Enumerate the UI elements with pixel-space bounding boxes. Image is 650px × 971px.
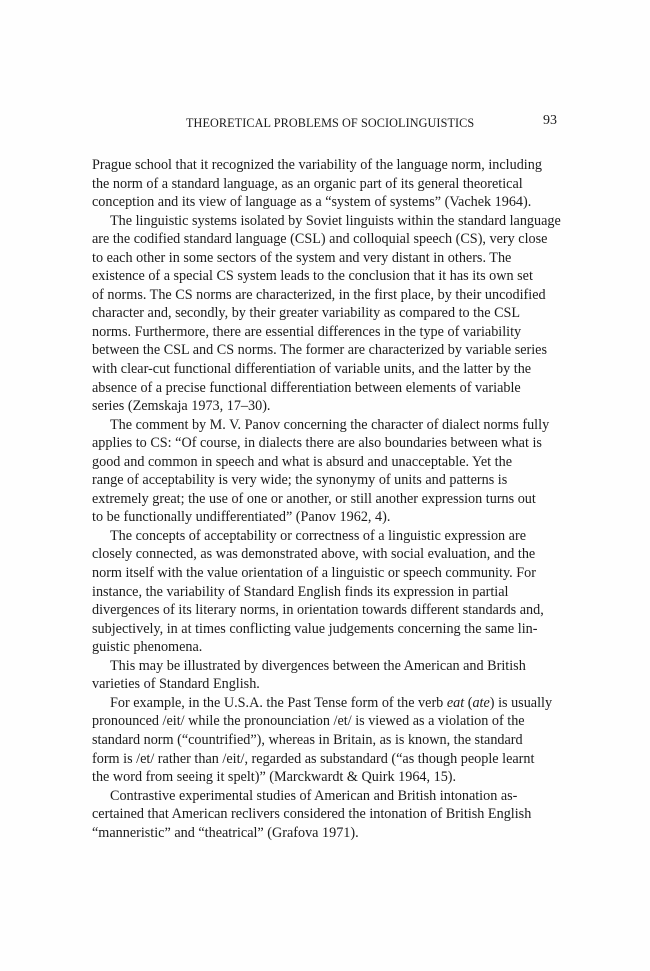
text-line: pronounced /eit/ while the pronounciatio… bbox=[92, 712, 564, 731]
text-line: applies to CS: “Of course, in dialects t… bbox=[92, 434, 564, 453]
text-line: range of acceptability is very wide; the… bbox=[92, 471, 564, 490]
text-line: norms. Furthermore, there are essential … bbox=[92, 323, 564, 342]
text-line: character and, secondly, by their greate… bbox=[92, 304, 564, 323]
text-line: divergences of its literary norms, in or… bbox=[92, 601, 564, 620]
text-line: of norms. The CS norms are characterized… bbox=[92, 286, 564, 305]
text-line: The comment by M. V. Panov concerning th… bbox=[92, 416, 564, 435]
text-line: This may be illustrated by divergences b… bbox=[92, 657, 564, 676]
text-line: subjectively, in at times conflicting va… bbox=[92, 620, 564, 639]
italic-term-ate: ate bbox=[472, 695, 489, 711]
page-number: 93 bbox=[543, 113, 557, 129]
text-line: closely connected, as was demonstrated a… bbox=[92, 545, 564, 564]
text-line: series (Zemskaja 1973, 17–30). bbox=[92, 397, 564, 416]
text-line: norm itself with the value orientation o… bbox=[92, 564, 564, 583]
text-line: For example, in the U.S.A. the Past Tens… bbox=[92, 694, 564, 713]
body-text: Prague school that it recognized the var… bbox=[92, 156, 564, 842]
text-line: certained that American reclivers consid… bbox=[92, 805, 564, 824]
text-line: absence of a precise functional differen… bbox=[92, 379, 564, 398]
paragraph-prague-school: Prague school that it recognized the var… bbox=[92, 156, 564, 212]
text-line: guistic phenomena. bbox=[92, 638, 564, 657]
text-line: Prague school that it recognized the var… bbox=[92, 156, 564, 175]
paragraph-example-eat: For example, in the U.S.A. the Past Tens… bbox=[92, 694, 564, 787]
text-line: between the CSL and CS norms. The former… bbox=[92, 341, 564, 360]
text-line: existence of a special CS system leads t… bbox=[92, 267, 564, 286]
text-line: the word from seeing it spelt)” (Marckwa… bbox=[92, 768, 564, 787]
text-line: are the codified standard language (CSL)… bbox=[92, 230, 564, 249]
text-line: the norm of a standard language, as an o… bbox=[92, 175, 564, 194]
text-line: Contrastive experimental studies of Amer… bbox=[92, 787, 564, 806]
text-line: form is /et/ rather than /eit/, regarded… bbox=[92, 750, 564, 769]
text-segment: ) is usually bbox=[490, 695, 552, 711]
text-line: The concepts of acceptability or correct… bbox=[92, 527, 564, 546]
text-line: instance, the variability of Standard En… bbox=[92, 583, 564, 602]
paragraph-intonation-studies: Contrastive experimental studies of Amer… bbox=[92, 787, 564, 843]
text-line: standard norm (“countrified”), whereas i… bbox=[92, 731, 564, 750]
running-head-title: THEORETICAL PROBLEMS OF SOCIOLINGUISTICS bbox=[186, 116, 474, 131]
italic-term-eat: eat bbox=[447, 695, 464, 711]
paragraph-divergences: This may be illustrated by divergences b… bbox=[92, 657, 564, 694]
text-line: to each other in some sectors of the sys… bbox=[92, 249, 564, 268]
text-line: with clear-cut functional differentiatio… bbox=[92, 360, 564, 379]
text-line: varieties of Standard English. bbox=[92, 675, 564, 694]
document-page: THEORETICAL PROBLEMS OF SOCIOLINGUISTICS… bbox=[0, 0, 650, 971]
text-line: good and common in speech and what is ab… bbox=[92, 453, 564, 472]
paragraph-acceptability: The concepts of acceptability or correct… bbox=[92, 527, 564, 657]
text-segment: For example, in the U.S.A. the Past Tens… bbox=[110, 695, 447, 711]
text-line: extremely great; the use of one or anoth… bbox=[92, 490, 564, 509]
paragraph-soviet-linguists: The linguistic systems isolated by Sovie… bbox=[92, 212, 564, 416]
text-line: “manneristic” and “theatrical” (Grafova … bbox=[92, 824, 564, 843]
text-line: The linguistic systems isolated by Sovie… bbox=[92, 212, 564, 231]
text-line: conception and its view of language as a… bbox=[92, 193, 564, 212]
paragraph-panov-comment: The comment by M. V. Panov concerning th… bbox=[92, 416, 564, 527]
text-line: to be functionally undifferentiated” (Pa… bbox=[92, 508, 564, 527]
